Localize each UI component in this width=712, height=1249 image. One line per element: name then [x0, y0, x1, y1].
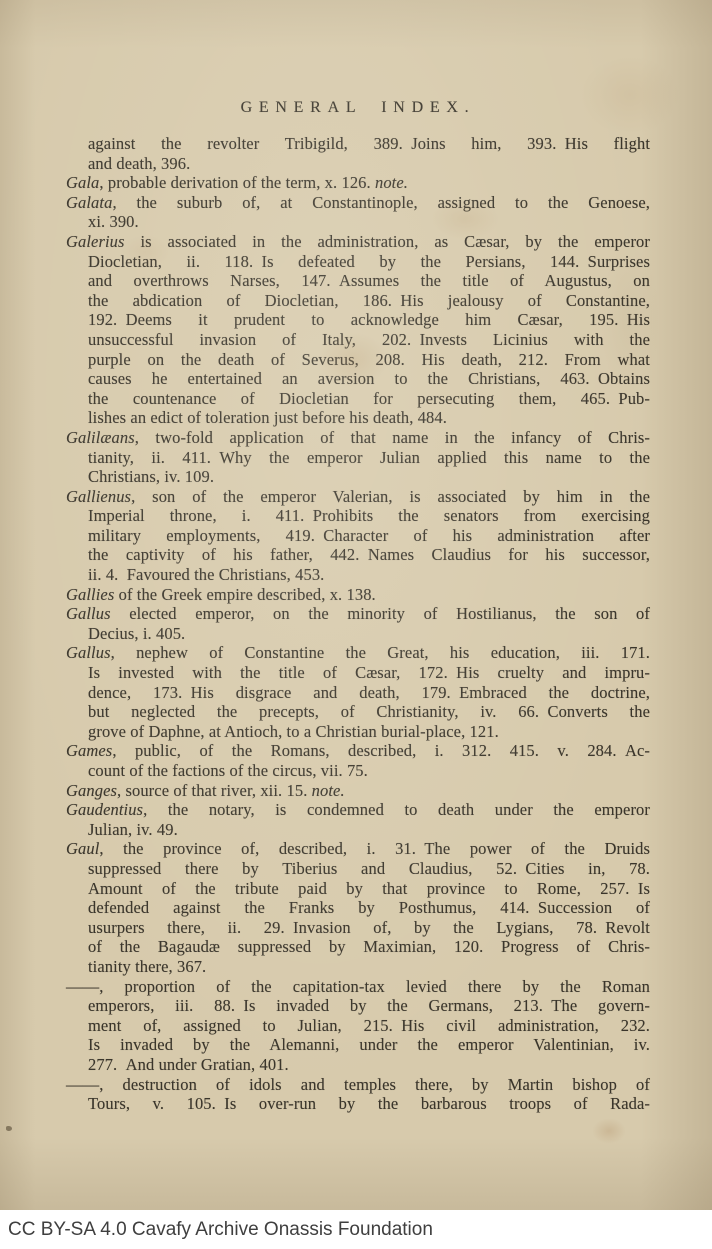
index-text: Is invested with the title of Cæsar, 172…: [88, 663, 650, 682]
index-text: the abdication of Diocletian, 186. His j…: [88, 291, 650, 310]
index-headword: Gallienus: [66, 487, 131, 506]
index-line: ii. 4. Favoured the Christians, 453.: [66, 565, 650, 585]
index-text: emperors, iii. 88. Is invaded by the Ger…: [88, 996, 650, 1015]
index-line: Decius, i. 405.: [66, 624, 650, 644]
index-line: Diocletian, ii. 118. Is defeated by the …: [66, 252, 650, 272]
index-line: defended against the Franks by Posthumus…: [66, 898, 650, 918]
index-headword: Galata: [66, 193, 112, 212]
index-text: is associated in the administration, as …: [125, 232, 650, 251]
index-text: , the province of, described, i. 31. The…: [99, 839, 650, 858]
index-text: Julian, iv. 49.: [88, 820, 178, 839]
index-line: Julian, iv. 49.: [66, 820, 650, 840]
index-line: against the revolter Tribigild, 389. Joi…: [66, 134, 650, 154]
index-line: lishes an edict of toleration just befor…: [66, 408, 650, 428]
index-line: tianity there, 367.: [66, 957, 650, 977]
index-text: 277. And under Gratian, 401.: [88, 1055, 289, 1074]
index-text: ——, proportion of the capitation-tax lev…: [66, 977, 650, 996]
index-headword: Gallies: [66, 585, 114, 604]
index-text: lishes an edict of toleration just befor…: [88, 408, 447, 427]
index-line: Gaudentius, the notary, is condemned to …: [66, 800, 650, 820]
index-line: Gaul, the province of, described, i. 31.…: [66, 839, 650, 859]
index-line: Galilæans, two-fold application of that …: [66, 428, 650, 448]
index-line: Games, public, of the Romans, described,…: [66, 741, 650, 761]
index-text: , two-fold application of that name in t…: [135, 428, 650, 447]
index-line: Gallus, nephew of Constantine the Great,…: [66, 643, 650, 663]
index-line: Is invested with the title of Cæsar, 172…: [66, 663, 650, 683]
index-line: purple on the death of Severus, 208. His…: [66, 350, 650, 370]
index-line: the abdication of Diocletian, 186. His j…: [66, 291, 650, 311]
index-line: suppressed there by Tiberius and Claudiu…: [66, 859, 650, 879]
index-line: military employments, 419. Character of …: [66, 526, 650, 546]
index-line: Imperial throne, i. 411. Prohibits the s…: [66, 506, 650, 526]
index-text: Amount of the tribute paid by that provi…: [88, 879, 650, 898]
index-line: xi. 390.: [66, 212, 650, 232]
index-text-block: against the revolter Tribigild, 389. Joi…: [66, 134, 650, 1114]
index-line: ——, proportion of the capitation-tax lev…: [66, 977, 650, 997]
index-line: tianity, ii. 411. Why the emperor Julian…: [66, 448, 650, 468]
index-text: tianity, ii. 411. Why the emperor Julian…: [88, 448, 650, 467]
index-text: usurpers there, ii. 29. Invasion of, by …: [88, 918, 650, 937]
index-text: dence, 173. His disgrace and death, 179.…: [88, 683, 650, 702]
index-line: Gallienus, son of the emperor Valerian, …: [66, 487, 650, 507]
attribution-text: CC BY-SA 4.0 Cavafy Archive Onassis Foun…: [8, 1219, 433, 1241]
index-text: Imperial throne, i. 411. Prohibits the s…: [88, 506, 650, 525]
index-headword: Gallus: [66, 604, 111, 623]
index-text: , source of that river, xii. 15.: [117, 781, 312, 800]
index-text: elected emperor, on the minority of Host…: [111, 604, 650, 623]
index-text: the captivity of his father, 442. Names …: [88, 545, 650, 564]
index-line: Christians, iv. 109.: [66, 467, 650, 487]
index-line: Galata, the suburb of, at Constantinople…: [66, 193, 650, 213]
index-text: grove of Daphne, at Antioch, to a Christ…: [88, 722, 499, 741]
paper-stain: [592, 1118, 626, 1144]
index-text: xi. 390.: [88, 212, 139, 231]
index-headword: note.: [375, 173, 408, 192]
index-line: and death, 396.: [66, 154, 650, 174]
index-text: count of the factions of the circus, vii…: [88, 761, 368, 780]
index-text: , the notary, is condemned to death unde…: [143, 800, 650, 819]
index-line: unsuccessful invasion of Italy, 202. Inv…: [66, 330, 650, 350]
index-text: 192. Deems it prudent to acknowledge him…: [88, 310, 650, 329]
index-headword: Galerius: [66, 232, 125, 251]
index-line: 277. And under Gratian, 401.: [66, 1055, 650, 1075]
attribution-bar: CC BY-SA 4.0 Cavafy Archive Onassis Foun…: [0, 1210, 712, 1249]
index-text: Decius, i. 405.: [88, 624, 185, 643]
index-text: Tours, v. 105. Is over-run by the barbar…: [88, 1094, 650, 1113]
index-line: Gallies of the Greek empire described, x…: [66, 585, 650, 605]
paper-speck: [6, 1126, 12, 1131]
index-text: suppressed there by Tiberius and Claudiu…: [88, 859, 650, 878]
index-line: Is invaded by the Alemanni, under the em…: [66, 1035, 650, 1055]
index-text: unsuccessful invasion of Italy, 202. Inv…: [88, 330, 650, 349]
index-text: ——, destruction of idols and temples the…: [66, 1075, 650, 1094]
index-headword: Gaudentius: [66, 800, 143, 819]
index-line: ment of, assigned to Julian, 215. His ci…: [66, 1016, 650, 1036]
index-text: military employments, 419. Character of …: [88, 526, 650, 545]
index-line: Tours, v. 105. Is over-run by the barbar…: [66, 1094, 650, 1114]
index-headword: Gala: [66, 173, 99, 192]
index-headword: Galilæans: [66, 428, 135, 447]
index-line: causes he entertained an aversion to the…: [66, 369, 650, 389]
index-headword: Gallus: [66, 643, 111, 662]
index-text: ii. 4. Favoured the Christians, 453.: [88, 565, 324, 584]
index-headword: note.: [312, 781, 345, 800]
index-text: the countenance of Diocletian for persec…: [88, 389, 650, 408]
index-text: and death, 396.: [88, 154, 190, 173]
index-text: and overthrows Narses, 147. Assumes the …: [88, 271, 650, 290]
index-text: tianity there, 367.: [88, 957, 206, 976]
index-text: against the revolter Tribigild, 389. Joi…: [88, 134, 650, 153]
page-title: GENERAL INDEX.: [66, 99, 650, 117]
index-line: Gallus elected emperor, on the minority …: [66, 604, 650, 624]
index-line: the countenance of Diocletian for persec…: [66, 389, 650, 409]
index-line: usurpers there, ii. 29. Invasion of, by …: [66, 918, 650, 938]
index-text: of the Greek empire described, x. 138.: [114, 585, 375, 604]
index-text: defended against the Franks by Posthumus…: [88, 898, 650, 917]
index-text: , nephew of Constantine the Great, his e…: [111, 643, 650, 662]
index-text: purple on the death of Severus, 208. His…: [88, 350, 650, 369]
index-line: 192. Deems it prudent to acknowledge him…: [66, 310, 650, 330]
index-line: emperors, iii. 88. Is invaded by the Ger…: [66, 996, 650, 1016]
index-headword: Gaul: [66, 839, 99, 858]
index-line: but neglected the precepts, of Christian…: [66, 702, 650, 722]
index-text: but neglected the precepts, of Christian…: [88, 702, 650, 721]
index-line: dence, 173. His disgrace and death, 179.…: [66, 683, 650, 703]
book-page-scan: GENERAL INDEX. against the revolter Trib…: [0, 0, 712, 1210]
index-headword: Games: [66, 741, 112, 760]
index-text: Is invaded by the Alemanni, under the em…: [88, 1035, 650, 1054]
index-line: the captivity of his father, 442. Names …: [66, 545, 650, 565]
index-line: of the Bagaudæ suppressed by Maximian, 1…: [66, 937, 650, 957]
index-text: , probable derivation of the term, x. 12…: [99, 173, 375, 192]
index-line: count of the factions of the circus, vii…: [66, 761, 650, 781]
index-text: Christians, iv. 109.: [88, 467, 214, 486]
index-headword: Ganges: [66, 781, 117, 800]
index-text: Diocletian, ii. 118. Is defeated by the …: [88, 252, 650, 271]
index-text: of the Bagaudæ suppressed by Maximian, 1…: [88, 937, 650, 956]
index-line: grove of Daphne, at Antioch, to a Christ…: [66, 722, 650, 742]
index-text: , the suburb of, at Constantinople, assi…: [112, 193, 650, 212]
paper-stain: [580, 55, 680, 135]
index-line: Gala, probable derivation of the term, x…: [66, 173, 650, 193]
index-text: , public, of the Romans, described, i. 3…: [112, 741, 650, 760]
index-line: ——, destruction of idols and temples the…: [66, 1075, 650, 1095]
index-line: and overthrows Narses, 147. Assumes the …: [66, 271, 650, 291]
index-line: Ganges, source of that river, xii. 15. n…: [66, 781, 650, 801]
index-text: , son of the emperor Valerian, is associ…: [131, 487, 650, 506]
index-line: Galerius is associated in the administra…: [66, 232, 650, 252]
index-text: ment of, assigned to Julian, 215. His ci…: [88, 1016, 650, 1035]
index-text: causes he entertained an aversion to the…: [88, 369, 650, 388]
index-line: Amount of the tribute paid by that provi…: [66, 879, 650, 899]
